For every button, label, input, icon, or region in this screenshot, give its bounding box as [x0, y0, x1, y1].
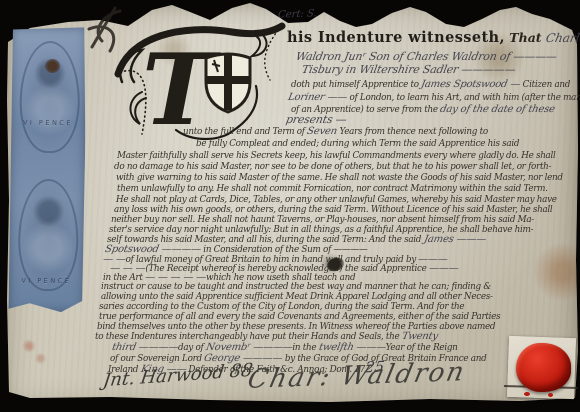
ink-smudge [45, 59, 60, 73]
red-wax-seal [516, 343, 571, 392]
duty-stamp-strip: VI PENCE VI PENCE [9, 27, 87, 313]
stamp-denomination-top: VI PENCE [10, 119, 85, 128]
handwritten-text: ——— [428, 264, 459, 274]
principal-signature: Char: Waldron [245, 359, 468, 393]
stamp-denomination-bottom: VI PENCE [9, 277, 84, 286]
filing-notation: Cert: S. [277, 9, 317, 20]
wax-droplet [524, 392, 530, 396]
indenture-heading: his Indenture witnesseth, That Charles [287, 27, 580, 46]
wax-droplet [548, 393, 553, 397]
handwritten-text: James ——— [423, 235, 487, 245]
heading-that: That [505, 30, 546, 45]
handwritten-text: day of the date of these [439, 105, 556, 115]
photograph-stage: VI PENCE VI PENCE T Cert: S. his Indentu… [0, 0, 580, 412]
embossed-stamp-icon [18, 179, 79, 292]
heading-apprentice-name: Charles [545, 32, 580, 44]
embossed-stamp-icon [19, 41, 80, 154]
heading-blackletter: his Indenture witnesseth, [287, 29, 505, 46]
